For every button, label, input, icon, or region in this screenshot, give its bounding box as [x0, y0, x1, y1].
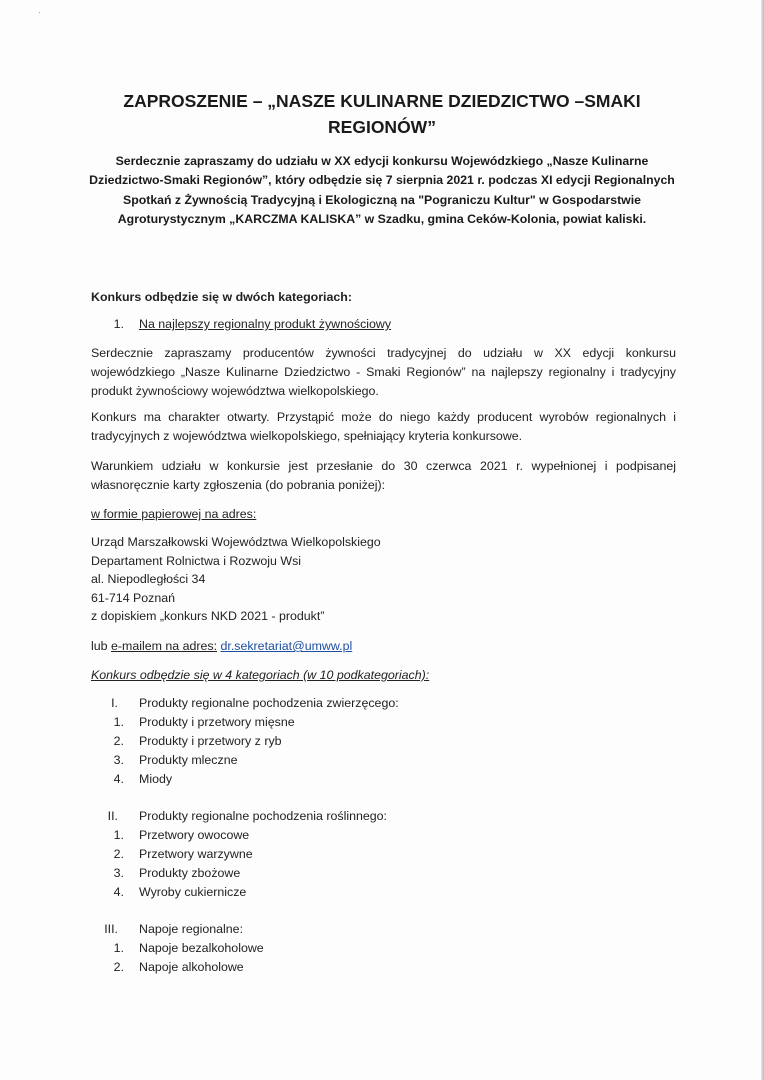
email-line: lub e-mailem na adres: dr.sekretariat@um… [91, 637, 676, 656]
item-number: 2. [100, 958, 124, 977]
list-item: Napoje bezalkoholowe [139, 939, 264, 958]
paragraph-open-contest: Konkurs ma charakter otwarty. Przystąpić… [91, 408, 676, 446]
group-animal-products: I. Produkty regionalne pochodzenia zwier… [0, 694, 764, 790]
list-item: Przetwory owocowe [139, 826, 249, 845]
address-block: Urząd Marszałkowski Województwa Wielkopo… [91, 533, 676, 626]
group-label: Produkty regionalne pochodzenia zwierzęc… [139, 694, 399, 713]
intro-paragraph: Serdecznie zapraszamy do udziału w XX ed… [84, 152, 680, 230]
category-1-label: Na najlepszy regionalny produkt żywności… [139, 315, 391, 334]
group-label: Produkty regionalne pochodzenia roślinne… [139, 807, 387, 826]
paper-form-label: w formie papierowej na adres: [91, 505, 676, 524]
group-plant-products: II. Produkty regionalne pochodzenia rośl… [0, 807, 764, 903]
group-roman-numeral: I. [90, 694, 118, 713]
list-item: Miody [139, 770, 172, 789]
group-regional-drinks: III. Napoje regionalne: 1. Napoje bezalk… [0, 920, 764, 980]
item-number: 4. [100, 883, 124, 902]
document-title: ZAPROSZENIE – „NASZE KULINARNE DZIEDZICT… [90, 88, 674, 140]
list-item: Przetwory warzywne [139, 845, 253, 864]
item-number: 2. [100, 845, 124, 864]
item-number: 2. [100, 732, 124, 751]
address-line: al. Niepodległości 34 [91, 570, 676, 589]
address-line: 61-714 Poznań [91, 589, 676, 608]
group-roman-numeral: III. [90, 920, 118, 939]
categories-heading: Konkurs odbędzie się w dwóch kategoriach… [91, 288, 676, 307]
email-link[interactable]: dr.sekretariat@umww.pl [221, 639, 353, 653]
item-number: 1. [100, 939, 124, 958]
group-roman-numeral: II. [90, 807, 118, 826]
category-1-item: 1. Na najlepszy regionalny produkt żywno… [0, 315, 764, 335]
item-number: 1. [100, 826, 124, 845]
subcategories-heading: Konkurs odbędzie się w 4 kategoriach (w … [91, 666, 676, 685]
address-line: Departament Rolnictwa i Rozwoju Wsi [91, 552, 676, 571]
list-item: Wyroby cukiernicze [139, 883, 246, 902]
address-line: Urząd Marszałkowski Województwa Wielkopo… [91, 533, 676, 552]
email-prefix: lub [91, 639, 111, 653]
document-page: ZAPROSZENIE – „NASZE KULINARNE DZIEDZICT… [0, 0, 764, 1080]
list-item: Napoje alkoholowe [139, 958, 244, 977]
item-number: 1. [100, 713, 124, 732]
paragraph-invitation: Serdecznie zapraszamy producentów żywnoś… [91, 344, 676, 402]
item-number: 4. [100, 770, 124, 789]
paragraph-conditions: Warunkiem udziału w konkursie jest przes… [91, 457, 676, 495]
scan-speck [39, 12, 40, 13]
list-item: Produkty i przetwory mięsne [139, 713, 295, 732]
list-item: Produkty mleczne [139, 751, 237, 770]
item-number: 3. [100, 864, 124, 883]
list-item: Produkty i przetwory z ryb [139, 732, 282, 751]
group-label: Napoje regionalne: [139, 920, 243, 939]
category-1-number: 1. [100, 315, 124, 334]
address-line: z dopiskiem „konkurs NKD 2021 - produkt” [91, 607, 676, 626]
item-number: 3. [100, 751, 124, 770]
email-label: e-mailem na adres: [111, 639, 217, 653]
list-item: Produkty zbożowe [139, 864, 240, 883]
